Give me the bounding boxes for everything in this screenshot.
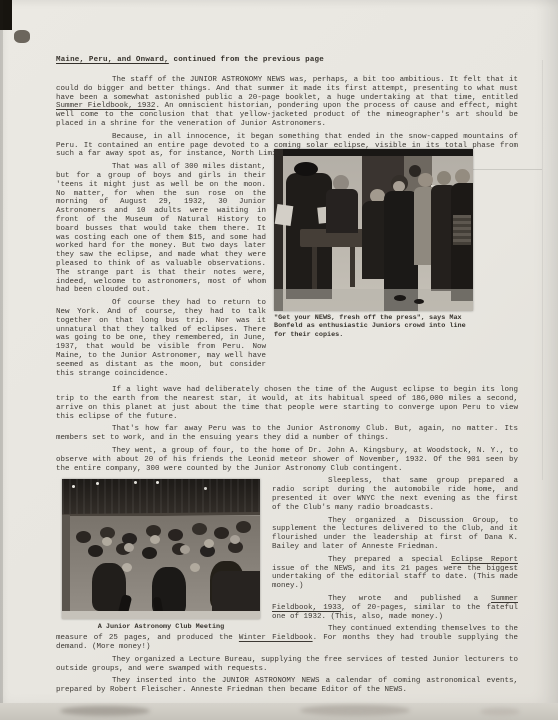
scan-blotch [480, 708, 520, 716]
underlined-title-summer-fieldbook-1932: Summer Fieldbook, 1932 [56, 102, 155, 110]
photo-dark-top-edge [274, 149, 473, 156]
paragraph-lecture-bureau: They organized a Lecture Bureau, supplyi… [56, 656, 518, 674]
photo-caption-club-meeting: A Junior Astronomy Club Meeting [62, 623, 260, 631]
underlined-title-eclipse-report: Eclipse Report [451, 556, 518, 564]
photo-figure-silhouette [326, 189, 358, 233]
paragraph-calendar-editor: They inserted into the JUNIOR ASTRONOMY … [56, 677, 518, 695]
photo-dark-left-column [274, 149, 283, 311]
page-content: Maine, Peru, and Onward, continued from … [56, 56, 518, 695]
photo-floor [274, 289, 473, 311]
paragraph-text: The staff of the JUNIOR ASTRONOMY NEWS w… [56, 76, 518, 102]
page-heading-continued: continued from the previous page [169, 56, 324, 64]
paragraph-text: They wrote and published a [328, 595, 491, 603]
underlined-title-winter-fieldbook: Winter Fieldbook [239, 634, 313, 642]
page-heading-title: Maine, Peru, and Onward, [56, 56, 169, 64]
photo-dark-left-edge [62, 515, 70, 613]
scan-crease-vertical [542, 60, 543, 480]
paragraph-text: issue of the NEWS, and its 21 pages were… [272, 565, 518, 591]
photo-wall-paneling [62, 479, 260, 515]
photo-table-leg [350, 247, 355, 287]
scanned-page: Maine, Peru, and Onward, continued from … [0, 0, 558, 720]
scan-smudge [14, 30, 30, 43]
paragraph-leonid-shower: They went, a group of four, to the home … [56, 447, 518, 473]
photo-striped-sleeve [453, 215, 471, 245]
photo-club-meeting-block: A Junior Astronomy Club Meeting [62, 479, 260, 631]
section-eclipse-trip: That was all of 300 miles distant, but f… [56, 163, 518, 382]
paragraph-return-to-new-york: Of course they had to return to New York… [56, 299, 266, 378]
section-club-activities: A Junior Astronomy Club Meeting Sleeples… [56, 477, 518, 695]
photo-table-leg [312, 247, 317, 289]
scan-bottom-edge [0, 703, 558, 720]
paragraph-staff: The staff of the JUNIOR ASTRONOMY NEWS w… [56, 76, 518, 129]
paragraph-light-wave: If a light wave had deliberately chosen … [56, 386, 518, 421]
paragraph-300-miles: That was all of 300 miles distant, but f… [56, 163, 266, 295]
photo-press-line-block: "Get your NEWS, fresh off the press", sa… [274, 149, 518, 382]
photo-newspaper [275, 204, 294, 226]
left-text-column: That was all of 300 miles distant, but f… [56, 163, 266, 382]
scan-blotch [60, 706, 150, 716]
photo-club-meeting [62, 479, 260, 619]
scan-left-edge [0, 0, 3, 720]
photo-bottom-edge [62, 611, 260, 619]
photo-juniors-in-line [274, 149, 473, 311]
photo-face [455, 169, 470, 184]
page-heading: Maine, Peru, and Onward, continued from … [56, 56, 518, 64]
paragraph-text: They prepared a special [328, 556, 451, 564]
scan-blotch [300, 705, 410, 716]
photo-face [437, 171, 451, 185]
paragraph-far-away-peru: That's how far away Peru was to the Juni… [56, 425, 518, 443]
photo-caption-press-line: "Get your NEWS, fresh off the press", sa… [274, 314, 473, 339]
